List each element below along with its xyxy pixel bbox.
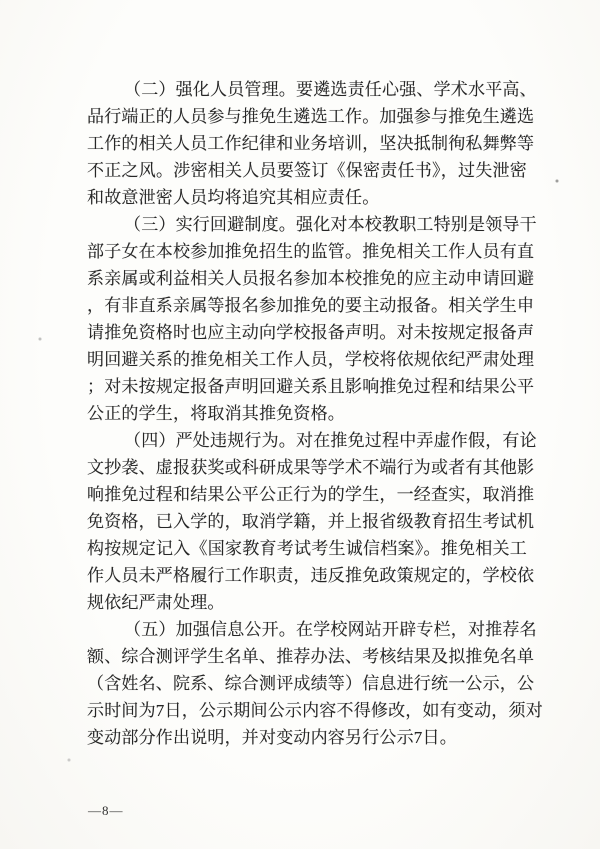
text-line: （二）强化人员管理。要遴选责任心强、学术水平高、: [87, 76, 527, 103]
document-page: （二）强化人员管理。要遴选责任心强、学术水平高、品行端正的人员参与推免生遴选工作…: [0, 0, 600, 849]
paragraph: （三）实行回避制度。强化对本校教职工特别是领导干部子女在本校参加推免招生的监管。…: [87, 211, 527, 427]
text-line: ，有非直系亲属等报名参加推免的要主动报备。相关学生申: [87, 292, 527, 319]
text-line: 请推免资格时也应主动向学校报备声明。对未按规定报备声: [87, 319, 527, 346]
paragraph: （五）加强信息公开。在学校网站开辟专栏，对推荐名额、综合测评学生名单、推荐办法、…: [87, 616, 527, 751]
text-line: 不正之风。涉密相关人员要签订《保密责任书》，过失泄密: [87, 157, 527, 184]
text-line: 品行端正的人员参与推免生遴选工作。加强参与推免生遴选: [87, 103, 527, 130]
text-line: （四）严处违规行为。对在推免过程中弄虚作假，有论: [87, 427, 527, 454]
text-line: 构按规定记入《国家教育考试考生诚信档案》。推免相关工: [87, 535, 527, 562]
text-line: （五）加强信息公开。在学校网站开辟专栏，对推荐名: [87, 616, 527, 643]
document-body: （二）强化人员管理。要遴选责任心强、学术水平高、品行端正的人员参与推免生遴选工作…: [87, 76, 527, 751]
paragraph: （二）强化人员管理。要遴选责任心强、学术水平高、品行端正的人员参与推免生遴选工作…: [87, 76, 527, 211]
text-line: 规依纪严肃处理。: [87, 589, 527, 616]
text-line: 免资格，已入学的，取消学籍，并上报省级教育招生考试机: [87, 508, 527, 535]
text-line: 和故意泄密人员均将追究其相应责任。: [87, 184, 527, 211]
text-line: 作人员未严格履行工作职责，违反推免政策规定的，学校依: [87, 562, 527, 589]
text-line: 示时间为7日，公示期间公示内容不得修改，如有变动，须对: [87, 697, 527, 724]
text-line: （含姓名、院系、综合测评成绩等）信息进行统一公示，公: [87, 670, 527, 697]
page-number: —8—: [88, 803, 124, 819]
text-line: 变动部分作出说明，并对变动内容另行公示7日。: [87, 724, 527, 751]
text-line: 公正的学生，将取消其推免资格。: [87, 400, 527, 427]
paragraph: （四）严处违规行为。对在推免过程中弄虚作假，有论文抄袭、虚报获奖或科研成果等学术…: [87, 427, 527, 616]
text-line: 响推免过程和结果公平公正行为的学生，一经查实，取消推: [87, 481, 527, 508]
text-line: 部子女在本校参加推免招生的监管。推免相关工作人员有直: [87, 238, 527, 265]
text-line: 明回避关系的推免相关工作人员，学校将依规依纪严肃处理: [87, 346, 527, 373]
text-line: 文抄袭、虚报获奖或科研成果等学术不端行为或者有其他影: [87, 454, 527, 481]
text-line: 工作的相关人员工作纪律和业务培训，坚决抵制徇私舞弊等: [87, 130, 527, 157]
text-line: 系亲属或利益相关人员报名参加本校推免的应主动申请回避: [87, 265, 527, 292]
text-line: （三）实行回避制度。强化对本校教职工特别是领导干: [87, 211, 527, 238]
text-line: ；对未按规定报备声明回避关系且影响推免过程和结果公平: [87, 373, 527, 400]
text-line: 额、综合测评学生名单、推荐办法、考核结果及拟推免名单: [87, 643, 527, 670]
